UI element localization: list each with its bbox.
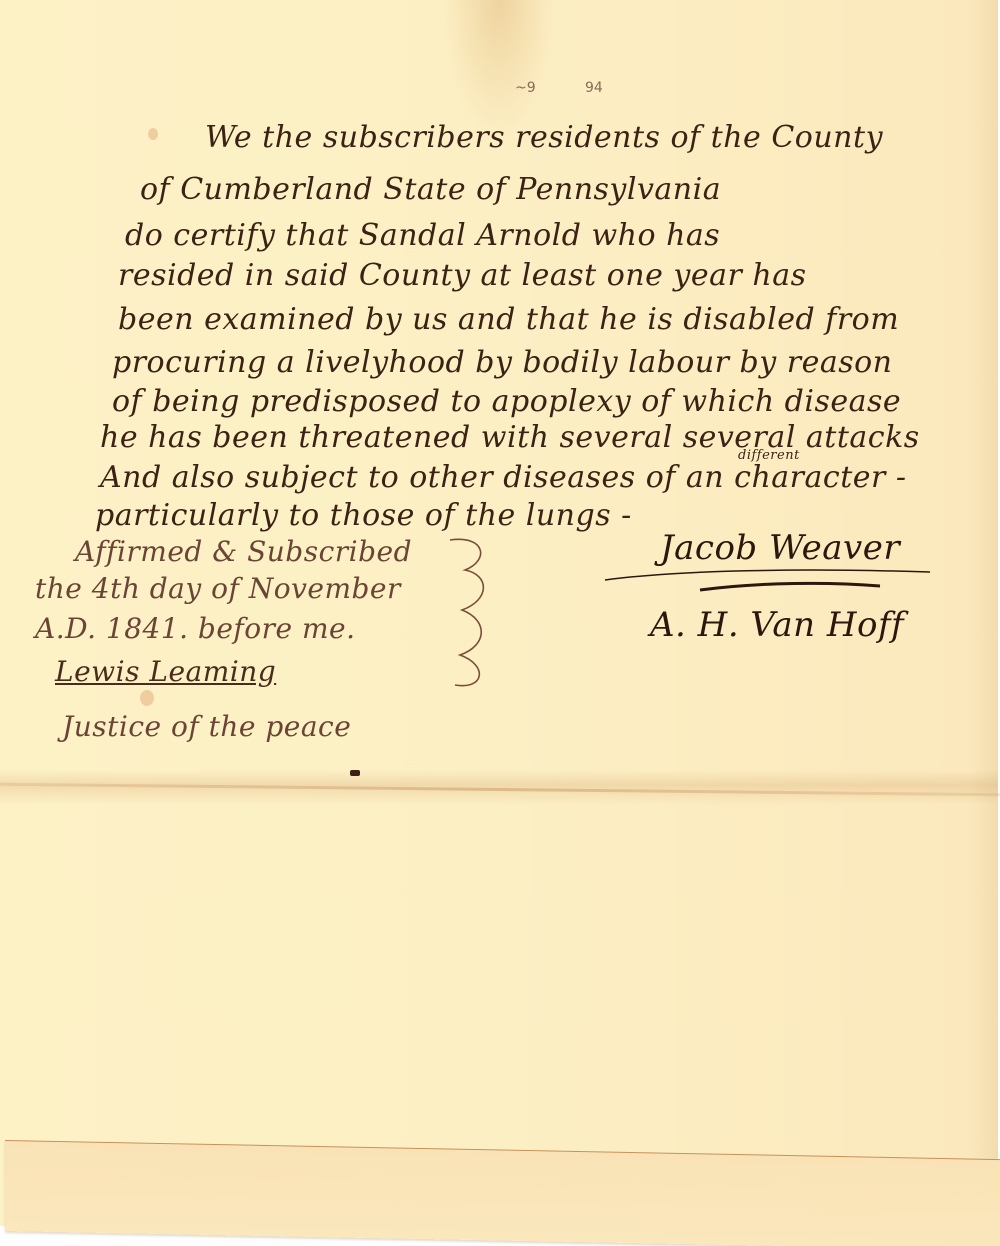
body-line-5: been examined by us and that he is disab… (118, 302, 899, 337)
attestation-line-1: Affirmed & Subscribed (75, 535, 412, 568)
body-line-2: of Cumberland State of Pennsylvania (140, 172, 721, 207)
attestation-line-3: A.D. 1841. before me. (35, 612, 356, 645)
interlinear-insertion: different (738, 448, 800, 463)
body-line-3: do certify that Sandal Arnold who has (125, 218, 720, 253)
body-line-10: particularly to those of the lungs - (95, 498, 632, 533)
fold-crease (0, 783, 1000, 796)
ink-blot (350, 770, 360, 776)
body-line-6: procuring a livelyhood by bodily labour … (112, 345, 893, 380)
document-paper: ~9 94 We the subscribers residents of th… (0, 0, 998, 1226)
attestation-title: Justice of the peace (62, 710, 351, 743)
ink-stain (140, 690, 154, 706)
pencil-mark: 94 (585, 80, 603, 96)
brace-flourish (440, 530, 500, 700)
signature-flourish (600, 560, 940, 600)
folded-bottom-edge (5, 1140, 1000, 1246)
ink-stain (148, 128, 158, 140)
signature-2: A. H. Van Hoff (650, 605, 904, 645)
attestation-line-2: the 4th day of November (35, 572, 401, 605)
body-line-4: resided in said County at least one year… (118, 258, 807, 293)
justice-signature: Lewis Leaming (55, 655, 276, 688)
body-line-7: of being predisposed to apoplexy of whic… (112, 384, 901, 419)
body-line-1: We the subscribers residents of the Coun… (205, 120, 883, 155)
pencil-mark: ~9 (515, 80, 536, 96)
body-line-9: And also subject to other diseases of an… (100, 460, 907, 495)
